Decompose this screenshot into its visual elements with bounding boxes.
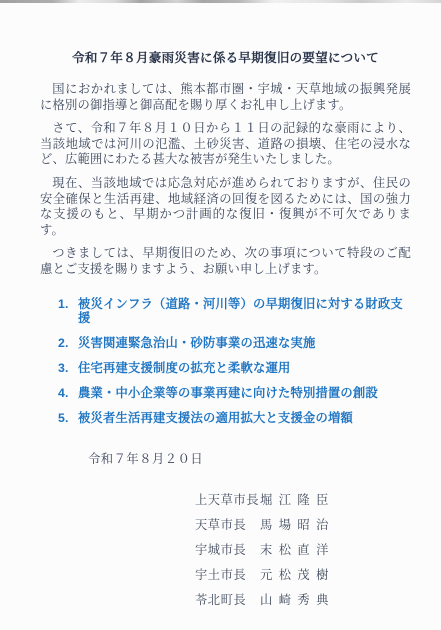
scanned-letter-page: 令和７年８月豪雨災害に係る早期復旧の要望について 国におかれましては、熊本都市圏… <box>0 0 441 630</box>
paragraph-disaster-description: さて、令和７年８月１０日から１１日の記録的な豪雨により、当該地域では河川の氾濫、… <box>40 121 411 168</box>
signatory-name: 馬 場 昭 治 <box>260 518 411 532</box>
request-number: 5. <box>58 411 78 425</box>
request-number: 2. <box>58 336 78 350</box>
paragraph-greeting: 国におかれましては、熊本都市圏・宇城・天草地域の振興発展に格別の御指導と御高配を… <box>40 82 411 113</box>
signatory-title: 苓北町長 <box>195 593 260 607</box>
request-list: 1. 被災インフラ（道路・河川等）の早期復旧に対する財政支援 2. 災害関連緊急… <box>58 297 411 425</box>
signatory-title: 宇城市長 <box>195 543 260 557</box>
signature-row-kamiamakusa: 上天草市長 堀 江 隆 臣 <box>195 493 411 507</box>
signatory-title: 天草市長 <box>195 518 260 532</box>
request-number: 3. <box>58 361 78 375</box>
request-text: 被災インフラ（道路・河川等）の早期復旧に対する財政支援 <box>78 297 411 325</box>
signatory-name: 末 松 直 洋 <box>260 543 411 557</box>
paragraph-request-intro: つきましては、早期復旧のため、次の事項について特段のご配慮とご支援を賜りますよう… <box>40 246 411 277</box>
signatory-title: 上天草市長 <box>195 493 260 507</box>
signature-row-amakusa: 天草市長 馬 場 昭 治 <box>195 518 411 532</box>
signatory-title: 宇土市長 <box>195 568 260 582</box>
scan-artifact-top-edge <box>0 0 441 3</box>
request-item-5: 5. 被災者生活再建支援法の適用拡大と支援金の増額 <box>58 411 411 425</box>
request-number: 4. <box>58 386 78 400</box>
request-number: 1. <box>58 297 78 325</box>
document-date: 令和７年８月２０日 <box>88 449 411 467</box>
request-text: 農業・中小企業等の事業再建に向けた特別措置の創設 <box>78 386 411 400</box>
request-item-1: 1. 被災インフラ（道路・河川等）の早期復旧に対する財政支援 <box>58 297 411 325</box>
request-text: 被災者生活再建支援法の適用拡大と支援金の増額 <box>78 411 411 425</box>
signature-row-reihoku: 苓北町長 山 崎 秀 典 <box>195 593 411 607</box>
paragraph-current-situation: 現在、当該地域では応急対応が進められておりますが、住民の安全確保と生活再建、地域… <box>40 176 411 238</box>
signatory-name: 元 松 茂 樹 <box>260 568 411 582</box>
request-text: 住宅再建支援制度の拡充と柔軟な運用 <box>78 361 411 375</box>
signature-row-uto: 宇土市長 元 松 茂 樹 <box>195 568 411 582</box>
request-item-2: 2. 災害関連緊急治山・砂防事業の迅速な実施 <box>58 336 411 350</box>
signatory-name: 山 崎 秀 典 <box>260 593 411 607</box>
signatory-name: 堀 江 隆 臣 <box>260 493 411 507</box>
signature-row-uki: 宇城市長 末 松 直 洋 <box>195 543 411 557</box>
request-item-4: 4. 農業・中小企業等の事業再建に向けた特別措置の創設 <box>58 386 411 400</box>
request-item-3: 3. 住宅再建支援制度の拡充と柔軟な運用 <box>58 361 411 375</box>
signature-block: 上天草市長 堀 江 隆 臣 天草市長 馬 場 昭 治 宇城市長 末 松 直 洋 … <box>195 493 411 607</box>
request-text: 災害関連緊急治山・砂防事業の迅速な実施 <box>78 336 411 350</box>
document-title: 令和７年８月豪雨災害に係る早期復旧の要望について <box>40 50 411 67</box>
